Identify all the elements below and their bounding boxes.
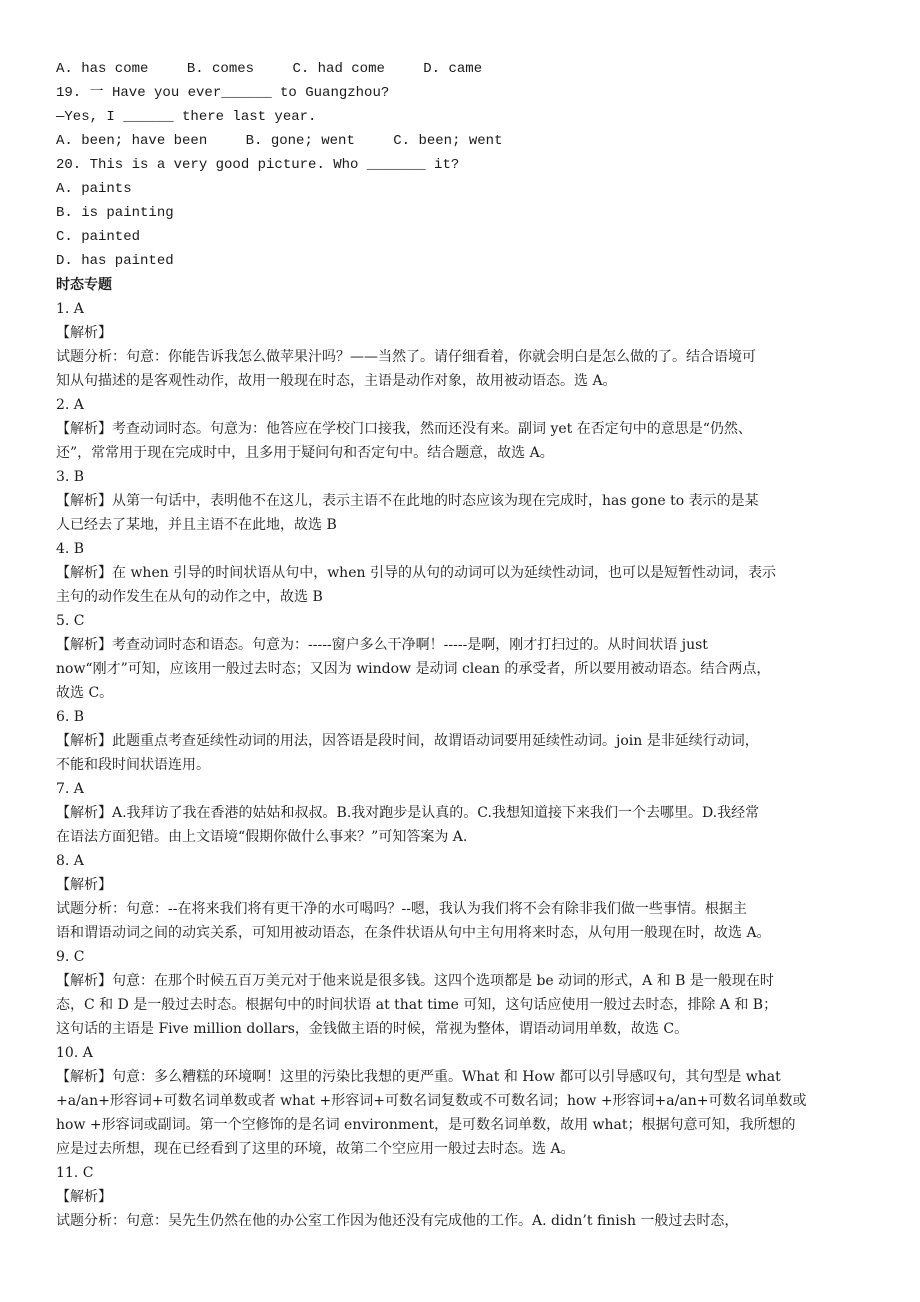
explanation-line: 试题分析：句意：吴先生仍然在他的办公室工作因为他还没有完成他的工作。A. did… xyxy=(56,1209,868,1233)
option-c: C. been; went xyxy=(393,129,502,153)
explanation-line: 【解析】此题重点考查延续性动词的用法，因答语是段时间，故谓语动词要用延续性动词。… xyxy=(56,729,868,753)
document-page: A. has come B. comes C. had come D. came… xyxy=(56,57,868,1233)
explanation-line: how +形容词或副词。第一个空修饰的是名词 environment，是可数名词… xyxy=(56,1113,868,1137)
explanation-line: 不能和段时间状语连用。 xyxy=(56,753,868,777)
answer-item: 7. A【解析】A.我拜访了我在香港的姑姑和叔叔。B.我对跑步是认真的。C.我想… xyxy=(56,777,868,849)
explanation-line: now“刚才”可知，应该用一般过去时态；又因为 window 是动词 clean… xyxy=(56,657,868,681)
answer-number: 11. C xyxy=(56,1161,868,1185)
explanation-line: 主句的动作发生在从句的动作之中，故选 B xyxy=(56,585,868,609)
explanation-line: 【解析】从第一句话中，表明他不在这儿，表示主语不在此地的时态应该为现在完成时，h… xyxy=(56,489,868,513)
answer-number: 6. B xyxy=(56,705,868,729)
explanation-line: 知从句描述的是客观性动作，故用一般现在时态，主语是动作对象，故用被动语态。选 A… xyxy=(56,369,868,393)
section-title: 时态专题 xyxy=(56,273,868,297)
answer-item: 10. A【解析】句意：多么糟糕的环境啊！这里的污染比我想的更严重。What 和… xyxy=(56,1041,868,1161)
answer-item: 4. B【解析】在 when 引导的时间状语从句中，when 引导的从句的动词可… xyxy=(56,537,868,609)
answer-item: 1. A【解析】试题分析：句意：你能告诉我怎么做苹果汁吗？——当然了。请仔细看着… xyxy=(56,297,868,393)
answer-item: 9. C【解析】句意：在那个时候五百万美元对于他来说是很多钱。这四个选项都是 b… xyxy=(56,945,868,1041)
option-b: B. comes xyxy=(187,57,254,81)
explanation-line: 语和谓语动词之间的动宾关系，可知用被动语态，在条件状语从句中主句用将来时态，从句… xyxy=(56,921,868,945)
answer-item: 11. C【解析】试题分析：句意：吴先生仍然在他的办公室工作因为他还没有完成他的… xyxy=(56,1161,868,1233)
option-b: B. gone; went xyxy=(246,129,355,153)
q20-question: 20. This is a very good picture. Who ___… xyxy=(56,153,868,177)
explanation-line: 试题分析：句意：你能告诉我怎么做苹果汁吗？——当然了。请仔细看着，你就会明白是怎… xyxy=(56,345,868,369)
answer-number: 2. A xyxy=(56,393,868,417)
explanation-line: 【解析】句意：在那个时候五百万美元对于他来说是很多钱。这四个选项都是 be 动词… xyxy=(56,969,868,993)
option-c: C. had come xyxy=(292,57,384,81)
answer-number: 3. B xyxy=(56,465,868,489)
q20-option-d: D. has painted xyxy=(56,249,868,273)
explanation-line: 这句话的主语是 Five million dollars，金钱做主语的时候，常视… xyxy=(56,1017,868,1041)
explanation-line: 在语法方面犯错。由上文语境“假期你做什么事来？”可知答案为 A. xyxy=(56,825,868,849)
q19-response: —Yes, I ______ there last year. xyxy=(56,105,868,129)
explanation-line: 应是过去所想，现在已经看到了这里的环境，故第二个空应用一般过去时态。选 A。 xyxy=(56,1137,868,1161)
q20-option-c: C. painted xyxy=(56,225,868,249)
q20-option-b: B. is painting xyxy=(56,201,868,225)
answer-number: 10. A xyxy=(56,1041,868,1065)
explanation-line: 故选 C。 xyxy=(56,681,868,705)
option-a: A. been; have been xyxy=(56,129,207,153)
q20-option-a: A. paints xyxy=(56,177,868,201)
explanation-line: +a/an+形容词+可数名词单数或者 what +形容词+可数名词复数或不可数名… xyxy=(56,1089,868,1113)
explanation-line: 人已经去了某地，并且主语不在此地，故选 B xyxy=(56,513,868,537)
answer-number: 9. C xyxy=(56,945,868,969)
q19-question: 19. 一 Have you ever______ to Guangzhou? xyxy=(56,81,868,105)
explanation-line: 【解析】 xyxy=(56,1185,868,1209)
answer-list: 1. A【解析】试题分析：句意：你能告诉我怎么做苹果汁吗？——当然了。请仔细看着… xyxy=(56,297,868,1233)
option-d: D. came xyxy=(423,57,482,81)
answer-number: 8. A xyxy=(56,849,868,873)
answer-item: 6. B【解析】此题重点考查延续性动词的用法，因答语是段时间，故谓语动词要用延续… xyxy=(56,705,868,777)
answer-number: 1. A xyxy=(56,297,868,321)
answer-number: 7. A xyxy=(56,777,868,801)
explanation-line: 还”，常常用于现在完成时中，且多用于疑问句和否定句中。结合题意，故选 A。 xyxy=(56,441,868,465)
answer-item: 2. A【解析】考查动词时态。句意为：他答应在学校门口接我，然而还没有来。副词 … xyxy=(56,393,868,465)
option-a: A. has come xyxy=(56,57,148,81)
q19-options: A. been; have been B. gone; went C. been… xyxy=(56,129,868,153)
answer-item: 3. B【解析】从第一句话中，表明他不在这儿，表示主语不在此地的时态应该为现在完… xyxy=(56,465,868,537)
explanation-line: 【解析】 xyxy=(56,873,868,897)
explanation-line: 【解析】在 when 引导的时间状语从句中，when 引导的从句的动词可以为延续… xyxy=(56,561,868,585)
answer-number: 4. B xyxy=(56,537,868,561)
explanation-line: 试题分析：句意：--在将来我们将有更干净的水可喝吗？--嗯，我认为我们将不会有除… xyxy=(56,897,868,921)
explanation-line: 【解析】A.我拜访了我在香港的姑姑和叔叔。B.我对跑步是认真的。C.我想知道接下… xyxy=(56,801,868,825)
explanation-line: 【解析】 xyxy=(56,321,868,345)
explanation-line: 【解析】考查动词时态和语态。句意为：-----窗户多么干净啊！-----是啊，刚… xyxy=(56,633,868,657)
q18-options: A. has come B. comes C. had come D. came xyxy=(56,57,868,81)
answer-item: 5. C【解析】考查动词时态和语态。句意为：-----窗户多么干净啊！-----… xyxy=(56,609,868,705)
explanation-line: 【解析】句意：多么糟糕的环境啊！这里的污染比我想的更严重。What 和 How … xyxy=(56,1065,868,1089)
explanation-line: 态，C 和 D 是一般过去时态。根据句中的时间状语 at that time 可… xyxy=(56,993,868,1017)
answer-number: 5. C xyxy=(56,609,868,633)
explanation-line: 【解析】考查动词时态。句意为：他答应在学校门口接我，然而还没有来。副词 yet … xyxy=(56,417,868,441)
answer-item: 8. A【解析】试题分析：句意：--在将来我们将有更干净的水可喝吗？--嗯，我认… xyxy=(56,849,868,945)
